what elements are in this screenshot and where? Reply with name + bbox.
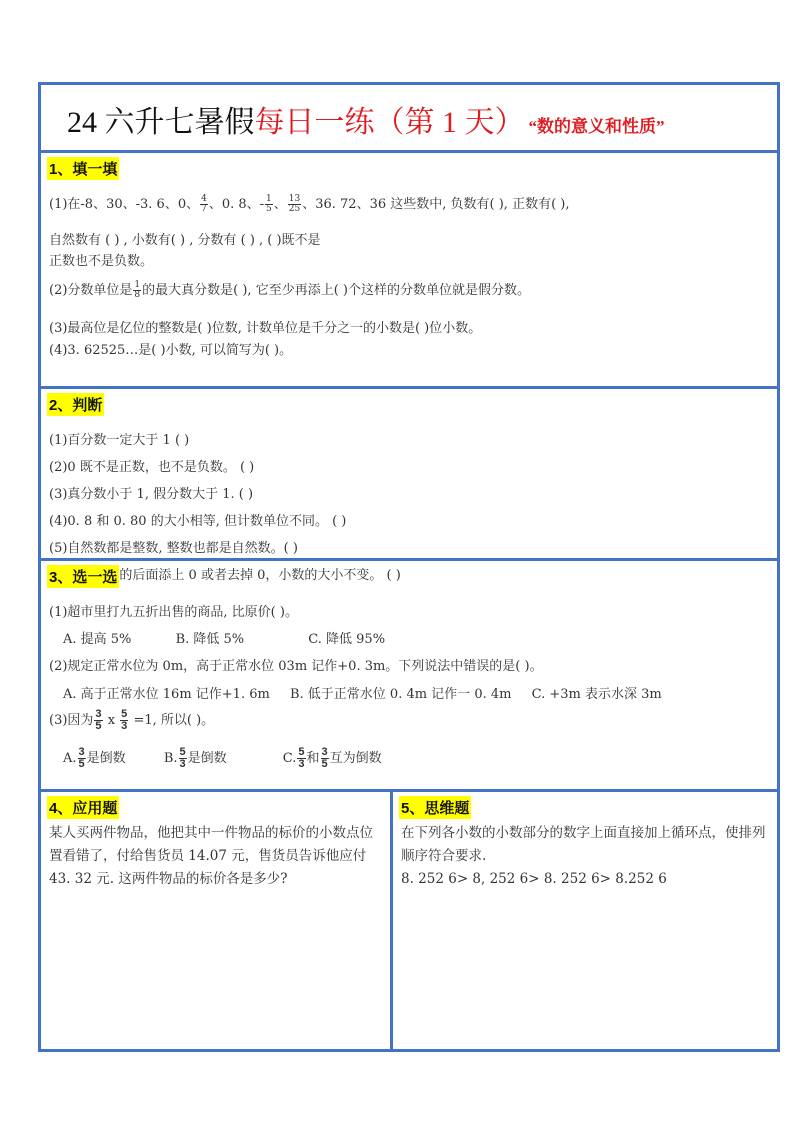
judge-item: (4)0. 8 和 0. 80 的大小相等, 但计数单位不同。 ( ): [49, 510, 346, 529]
section-judge: 2、判断 (1)百分数一定大于 1 ( ) (2)0 既不是正数，也不是负数。 …: [41, 389, 777, 561]
option-a: A. 提高 5%: [63, 632, 131, 647]
times-sign: x: [108, 713, 115, 728]
judge-item: (2)0 既不是正数，也不是负数。 ( ): [49, 456, 254, 475]
choice-options-3: A.35是倒数 B.53是倒数 C.53和35互为倒数: [63, 747, 382, 770]
text: 、36. 72、36 这些数中, 负数有( ), 正数有( ),: [302, 197, 569, 212]
application-problem: 某人买两件物品，他把其中一件物品的标价的小数点位置看错了，付给售货员 14.07…: [49, 822, 382, 891]
judge-item: (5)自然数都是整数, 整数也都是自然数。( ): [49, 537, 298, 556]
title-prefix: 24 六升七暑假: [67, 106, 255, 139]
text: 、0. 8、-: [209, 197, 264, 212]
title-highlight: 每日一练（第 1 天）: [255, 106, 525, 139]
question-1-3: (3)最高位是亿位的整数是( )位数, 计数单位是千分之一的小数是( )位小数。: [49, 317, 481, 336]
section-application: 4、应用题 某人买两件物品，他把其中一件物品的标价的小数点位置看错了，付给售货员…: [41, 792, 393, 1049]
judge-item: (1)百分数一定大于 1 ( ): [49, 429, 189, 448]
fraction: 53: [120, 709, 128, 732]
section-fill-in: 1、填一填 (1)在-8、30、-3. 6、0、47、0. 8、-15、1325…: [41, 153, 777, 389]
option-a: A. 高于正常水位 16m 记作+1. 6m: [63, 687, 270, 702]
section-heading: 3、选一选: [47, 565, 119, 588]
question-1-1-end: 正数也不是负数。: [49, 250, 153, 269]
question-1-1: (1)在-8、30、-3. 6、0、47、0. 8、-15、1325、36. 7…: [49, 193, 569, 214]
text: =1, 所以( )。: [133, 713, 214, 728]
option-b: B. 降低 5%: [176, 632, 245, 647]
section-thinking: 5、思维题 在下列各小数的小数部分的数字上面直接加上循环点，使排列顺序符合要求.…: [393, 792, 777, 1049]
fraction: 15: [265, 195, 273, 214]
section-heading: 4、应用题: [47, 796, 119, 819]
bottom-row: 4、应用题 某人买两件物品，他把其中一件物品的标价的小数点位置看错了，付给售货员…: [41, 792, 777, 1049]
fraction: 18: [133, 281, 141, 300]
section-choose: 3、选一选 (1)超市里打九五折出售的商品, 比原价( )。 A. 提高 5% …: [41, 561, 777, 792]
text: 、: [274, 197, 287, 212]
choice-options-2: A. 高于正常水位 16m 记作+1. 6m B. 低于正常水位 0. 4m 记…: [63, 683, 662, 702]
fraction: 47: [200, 195, 208, 214]
choice-question-1: (1)超市里打九五折出售的商品, 比原价( )。: [49, 601, 298, 620]
option-a: A.35是倒数: [63, 751, 126, 766]
text: (3)因为: [49, 713, 93, 728]
title-row: 24 六升七暑假每日一练（第 1 天）“数的意义和性质”: [41, 85, 777, 153]
text: 的最大真分数是( ), 它至少再添上( )个这样的分数单位就是假分数。: [142, 283, 530, 298]
option-c: C.53和35互为倒数: [283, 751, 382, 766]
section-heading: 5、思维题: [399, 796, 471, 819]
worksheet: 24 六升七暑假每日一练（第 1 天）“数的意义和性质” 1、填一填 (1)在-…: [38, 82, 780, 1052]
text: (1)在-8、30、-3. 6、0、: [49, 197, 199, 212]
section-heading: 1、填一填: [47, 157, 119, 180]
thinking-problem: 在下列各小数的小数部分的数字上面直接加上循环点，使排列顺序符合要求.: [401, 822, 769, 868]
choice-options-1: A. 提高 5% B. 降低 5% C. 降低 95%: [63, 628, 385, 647]
judge-item: (3)真分数小于 1, 假分数大于 1. ( ): [49, 483, 253, 502]
title-subtitle: “数的意义和性质”: [529, 117, 665, 136]
fraction: 35: [94, 709, 102, 732]
choice-question-3: (3)因为35 x 53 =1, 所以( )。: [49, 709, 214, 732]
page-title: 24 六升七暑假每日一练（第 1 天）“数的意义和性质”: [67, 97, 665, 141]
option-b: B.53是倒数: [164, 751, 227, 766]
option-c: C. +3m 表示水深 3m: [532, 687, 662, 702]
text: (2)分数单位是: [49, 283, 132, 298]
question-1-1-cont: 自然数有 ( ) , 小数有( ) , 分数有 ( ) , ( )既不是: [49, 229, 321, 248]
question-1-4: (4)3. 62525…是( )小数, 可以简写为( )。: [49, 339, 292, 358]
decimal-sequence: 8. 252 6> 8, 252 6> 8. 252 6> 8.252 6: [401, 868, 769, 891]
option-b: B. 低于正常水位 0. 4m 记作一 0. 4m: [290, 687, 511, 702]
option-c: C. 降低 95%: [308, 632, 385, 647]
question-1-2: (2)分数单位是18的最大真分数是( ), 它至少再添上( )个这样的分数单位就…: [49, 279, 530, 300]
fraction: 1325: [288, 195, 301, 214]
choice-question-2: (2)规定正常水位为 0m，高于正常水位 03m 记作+0. 3m。下列说法中错…: [49, 655, 543, 674]
section-heading: 2、判断: [47, 393, 104, 416]
